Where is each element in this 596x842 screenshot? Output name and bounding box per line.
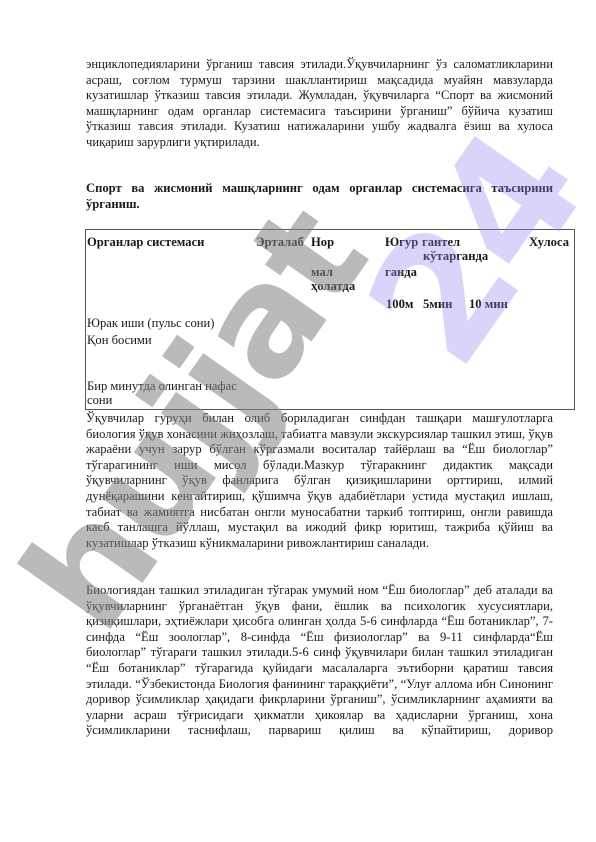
subheader-5min: 5мин <box>423 297 452 312</box>
header-morning: Эрталаб <box>256 235 304 250</box>
header-normal-2: мал <box>311 265 333 280</box>
subheader-10min: 10 мин <box>469 297 508 312</box>
header-conclusion: Хулоса <box>529 235 569 250</box>
header-normal-1: Нор <box>311 235 334 250</box>
section-heading: Спорт ва жисмоний машқларнинг одам орган… <box>86 181 553 212</box>
header-organs: Органлар системаси <box>87 235 204 250</box>
document-page: энциклопедияларини ўрганиш тавсия этилад… <box>0 0 596 842</box>
row-label-blood-pressure: Қон босими <box>87 333 152 348</box>
observation-table: Органлар системаси Эрталаб Нор мал ҳолат… <box>85 229 575 410</box>
header-running-2: ганда <box>385 265 417 280</box>
paragraph-biology-club: Биологиядан ташкил этиладиган тўгарак ум… <box>86 583 553 739</box>
header-dumbbell-2: кўтарганда <box>423 249 488 264</box>
paragraph-intro: энциклопедияларини ўрганиш тавсия этилад… <box>86 57 553 151</box>
subheader-100m: 100м <box>386 297 413 312</box>
header-dumbbell-1: гантел <box>422 235 460 250</box>
header-normal-3: ҳолатда <box>311 279 355 294</box>
header-running-1: Югур <box>385 235 418 250</box>
paragraph-extracurricular: Ўқувчилар гуруҳи билан олиб бориладиган … <box>86 411 553 551</box>
row-label-pulse: Юрак иши (пульс сони) <box>87 316 214 331</box>
row-label-breath-2: сони <box>87 393 112 408</box>
row-label-breath-1: Бир минутда олинган нафас <box>87 379 237 394</box>
